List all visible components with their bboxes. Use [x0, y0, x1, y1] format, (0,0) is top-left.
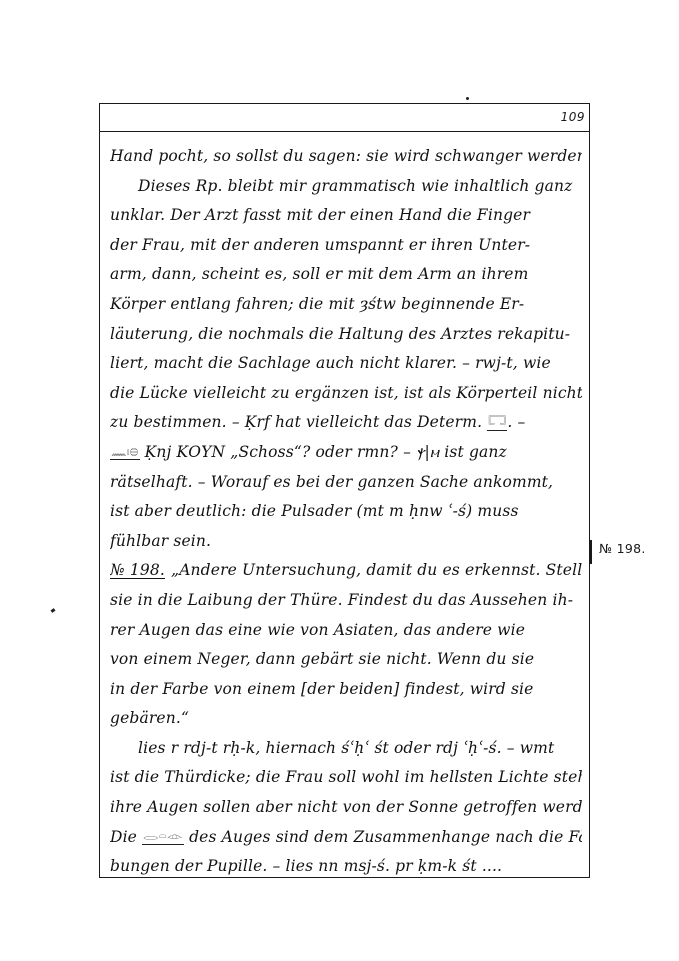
stray-ink-mark	[51, 608, 56, 613]
text-line: fühlbar sein.	[110, 527, 582, 557]
text-line: liert, macht die Sachlage auch nicht kla…	[110, 349, 582, 379]
text-line: Dieses Rp. bleibt mir grammatisch wie in…	[110, 172, 582, 202]
text-line: № 198.„Andere Untersuchung, damit du es …	[110, 556, 582, 586]
line-text: liert, macht die Sachlage auch nicht kla…	[110, 354, 551, 372]
text-line: von einem Neger, dann gebärt sie nicht. …	[110, 645, 582, 675]
line-text: von einem Neger, dann gebärt sie nicht. …	[110, 650, 534, 668]
line-prefix: Die	[110, 828, 137, 846]
text-line: sie in die Laibung der Thüre. Findest du…	[110, 586, 582, 616]
line-text: sie in die Laibung der Thüre. Findest du…	[110, 591, 573, 609]
text-line: ist aber deutlich: die Pulsader (mt m ḥn…	[110, 497, 582, 527]
line-text: Körper entlang fahren; die mit ȝśtw begi…	[110, 295, 524, 313]
text-line: rätselhaft. – Worauf es bei der ganzen S…	[110, 468, 582, 498]
text-line: unklar. Der Arzt fasst mit der einen Han…	[110, 201, 582, 231]
text-line: die Lücke vielleicht zu ergänzen ist, is…	[110, 379, 582, 409]
text-line: bungen der Pupille. – lies nn msj-ś. pr …	[110, 852, 582, 882]
line-text: Ḳnj ΚΟΥΝ „Schoss“? oder rmn? – ⲯ|ⲙ ist g…	[145, 443, 507, 461]
text-line: 𓈖𓏤𓐍 Ḳnj ΚΟΥΝ „Schoss“? oder rmn? – ⲯ|ⲙ i…	[110, 438, 582, 468]
text-line: der Frau, mit der anderen umspannt er ih…	[110, 231, 582, 261]
text-line: läuterung, die nochmals die Haltung des …	[110, 320, 582, 350]
line-suffix: . –	[507, 413, 525, 431]
line-text: gebären.“	[110, 709, 189, 727]
hieroglyph-group-icon: 𓈖𓏤𓐍	[110, 445, 140, 460]
text-line: Die 𓂋𓏏𓁹 des Auges sind dem Zusammenhange…	[110, 823, 582, 853]
hieroglyph-eye-icon: 𓂋𓏏𓁹	[142, 830, 184, 845]
line-text: „Andere Untersuchung, damit du es erkenn…	[171, 561, 582, 579]
line-text: unklar. Der Arzt fasst mit der einen Han…	[110, 206, 530, 224]
text-line: rer Augen das eine wie von Asiaten, das …	[110, 616, 582, 646]
text-line: in der Farbe von einem [der beiden] find…	[110, 675, 582, 705]
hieroglyph-determinative-icon: 𓉐	[487, 416, 507, 431]
text-line: Hand pocht, so sollst du sagen: sie wird…	[110, 142, 582, 172]
line-text: ihre Augen sollen aber nicht von der Son…	[110, 798, 582, 816]
line-text: ist die Thürdicke; die Frau soll wohl im…	[110, 768, 582, 786]
line-text: der Frau, mit der anderen umspannt er ih…	[110, 236, 530, 254]
text-line: gebären.“	[110, 704, 582, 734]
line-text: Dieses Rp. bleibt mir grammatisch wie in…	[138, 177, 572, 195]
line-text: fühlbar sein.	[110, 532, 211, 550]
line-text: Hand pocht, so sollst du sagen: sie wird…	[110, 147, 582, 165]
line-text: bungen der Pupille. – lies nn msj-ś. pr …	[110, 857, 502, 875]
line-text: ist aber deutlich: die Pulsader (mt m ḥn…	[110, 502, 519, 520]
text-line: lies r rdj-t rḥ-k, hiernach śʿḥʿ śt oder…	[110, 734, 582, 764]
page-number: 109	[561, 110, 585, 124]
line-text: arm, dann, scheint es, soll er mit dem A…	[110, 265, 528, 283]
text-line: Körper entlang fahren; die mit ȝśtw begi…	[110, 290, 582, 320]
manuscript-page: 109 Hand pocht, so sollst du sagen: sie …	[0, 0, 679, 961]
line-text: zu bestimmen. – Ḳrf hat vielleicht das D…	[110, 413, 482, 431]
text-line: arm, dann, scheint es, soll er mit dem A…	[110, 260, 582, 290]
line-text: läuterung, die nochmals die Haltung des …	[110, 325, 570, 343]
ink-dot-mark	[466, 97, 469, 100]
handwritten-body: Hand pocht, so sollst du sagen: sie wird…	[110, 142, 582, 882]
entry-number: № 198.	[110, 561, 165, 579]
text-line: ihre Augen sollen aber nicht von der Son…	[110, 793, 582, 823]
text-line: zu bestimmen. – Ḳrf hat vielleicht das D…	[110, 408, 582, 438]
line-text: rer Augen das eine wie von Asiaten, das …	[110, 621, 525, 639]
text-line: ist die Thürdicke; die Frau soll wohl im…	[110, 763, 582, 793]
line-text: lies r rdj-t rḥ-k, hiernach śʿḥʿ śt oder…	[138, 739, 554, 757]
line-text: des Auges sind dem Zusammenhange nach di…	[189, 828, 582, 846]
page-frame: 109 Hand pocht, so sollst du sagen: sie …	[99, 103, 590, 878]
margin-entry-number: № 198.	[599, 541, 646, 556]
line-text: rätselhaft. – Worauf es bei der ganzen S…	[110, 473, 553, 491]
line-text: die Lücke vielleicht zu ergänzen ist, is…	[110, 384, 582, 402]
margin-divider	[590, 540, 592, 564]
line-text: in der Farbe von einem [der beiden] find…	[110, 680, 534, 698]
page-header: 109	[100, 104, 589, 132]
